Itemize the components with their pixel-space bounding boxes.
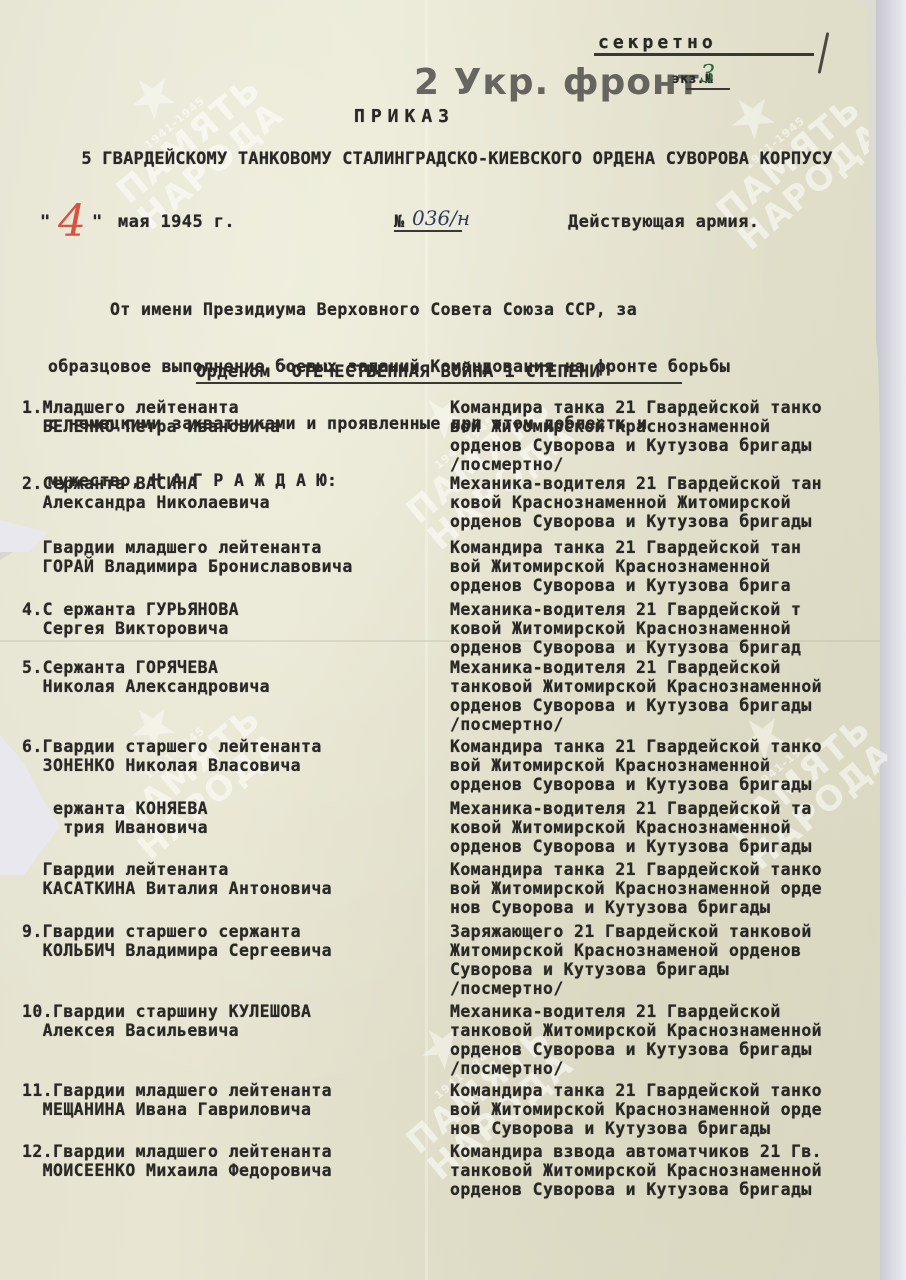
award-heading: Орденом "ОТЕЧЕСТВЕННАЯ ВОЙНА 1 СТЕПЕНИ" <box>196 362 611 382</box>
pencil-mark <box>818 32 830 74</box>
place: Действующая армия. <box>568 212 759 232</box>
watermark-years: 1941-1945 <box>703 82 846 204</box>
recipient-position: Механика-водителя 21 Гвардейской т ковой… <box>450 600 890 657</box>
copy-number: 3 <box>700 60 715 88</box>
recipient-position: Командира танка 21 Гвардейской танко вой… <box>450 1081 890 1138</box>
recipient-position: Механика-водителя 21 Гвардейской та ково… <box>450 799 890 856</box>
addressee: 5 ГВАРДЕЙСКОМУ ТАНКОВОМУ СТАЛИНГРАДСКО-К… <box>62 150 852 169</box>
recipient-position: Механика-водителя 21 Гвардейской танково… <box>450 1002 890 1078</box>
recipient-rank-name: 2.Сержанта ВАСИНА Александра Николаевича <box>22 474 270 512</box>
watermark-line2: НАРОДА <box>732 116 890 256</box>
award-heading-underline <box>196 382 682 384</box>
watermark-line1: ПАМЯТЬ <box>110 70 268 210</box>
date-month-year: мая 1945 г. <box>118 212 235 232</box>
recipient-position: Командира танка 21 Гвардейской тан вой Ж… <box>450 538 890 595</box>
recipient-rank-name: 10.Гвардии старшину КУЛЕШОВА Алексея Вас… <box>22 1002 311 1040</box>
document-page: ★ 1941-1945 ПАМЯТЬ НАРОДА ★ 1941-1945 ПА… <box>0 0 880 1280</box>
recipient-position: Командира танка 21 Гвардейской танко вой… <box>450 398 890 474</box>
recipient-rank-name: Гвардии лейтенанта КАСАТКИНА Виталия Ант… <box>22 860 332 898</box>
recipient-position: Механика-водителя 21 Гвардейской тан ков… <box>450 474 890 531</box>
front-stamp: 2 Укр. фронт <box>414 62 700 103</box>
recipient-rank-name: 11.Гвардии младшего лейтенанта МЕЩАНИНА … <box>22 1081 332 1119</box>
recipient-position: Заряжающего 21 Гвардейской танковой Жито… <box>450 922 890 998</box>
recipient-rank-name: 1.Младшего лейтенанта БЕЛЕНКО Петра Иван… <box>22 398 280 436</box>
date-open-quote: " <box>40 212 51 232</box>
recipient-rank-name: Гвардии младшего лейтенанта ГОРАЙ Владим… <box>22 538 353 576</box>
date-close-quote: " <box>92 212 103 232</box>
recipient-position: Командира танка 21 Гвардейской танко вой… <box>450 737 890 794</box>
copy-number-underline <box>686 88 730 90</box>
order-number: 036/н <box>412 206 470 230</box>
document-title: ПРИКАЗ <box>354 106 455 127</box>
watermark: ★ 1941-1945 ПАМЯТЬ НАРОДА <box>67 19 290 236</box>
recipient-rank-name: 4.С ержанта ГУРЬЯНОВА Сергея Викторовича <box>22 600 239 638</box>
order-number-underline <box>394 230 462 232</box>
preamble-line: От имени Президиума Верховного Совета Со… <box>48 300 730 319</box>
recipient-position: Механика-водителя 21 Гвардейской танково… <box>450 658 890 734</box>
classification-stamp: секретно <box>598 32 717 53</box>
recipient-rank-name: 5.Сержанта ГОРЯЧЕВА Николая Александрови… <box>22 658 270 696</box>
recipient-position: Командира танка 21 Гвардейской танко вой… <box>450 860 890 917</box>
recipient-rank-name: 9.Гвардии старшего сержанта КОЛЬБИЧ Влад… <box>22 922 332 960</box>
date-day-handwritten: 4 <box>58 196 86 247</box>
order-number-label: № <box>394 212 405 232</box>
recipient-position: Командира взвода автоматчиков 21 Гв. тан… <box>450 1142 890 1199</box>
classification-underline <box>594 53 814 56</box>
recipient-rank-name: 12.Гвардии младшего лейтенанта МОИСЕЕНКО… <box>22 1142 332 1180</box>
recipient-rank-name: 6.Гвардии старшего лейтенанта ЗОНЕНКО Ни… <box>22 737 322 775</box>
